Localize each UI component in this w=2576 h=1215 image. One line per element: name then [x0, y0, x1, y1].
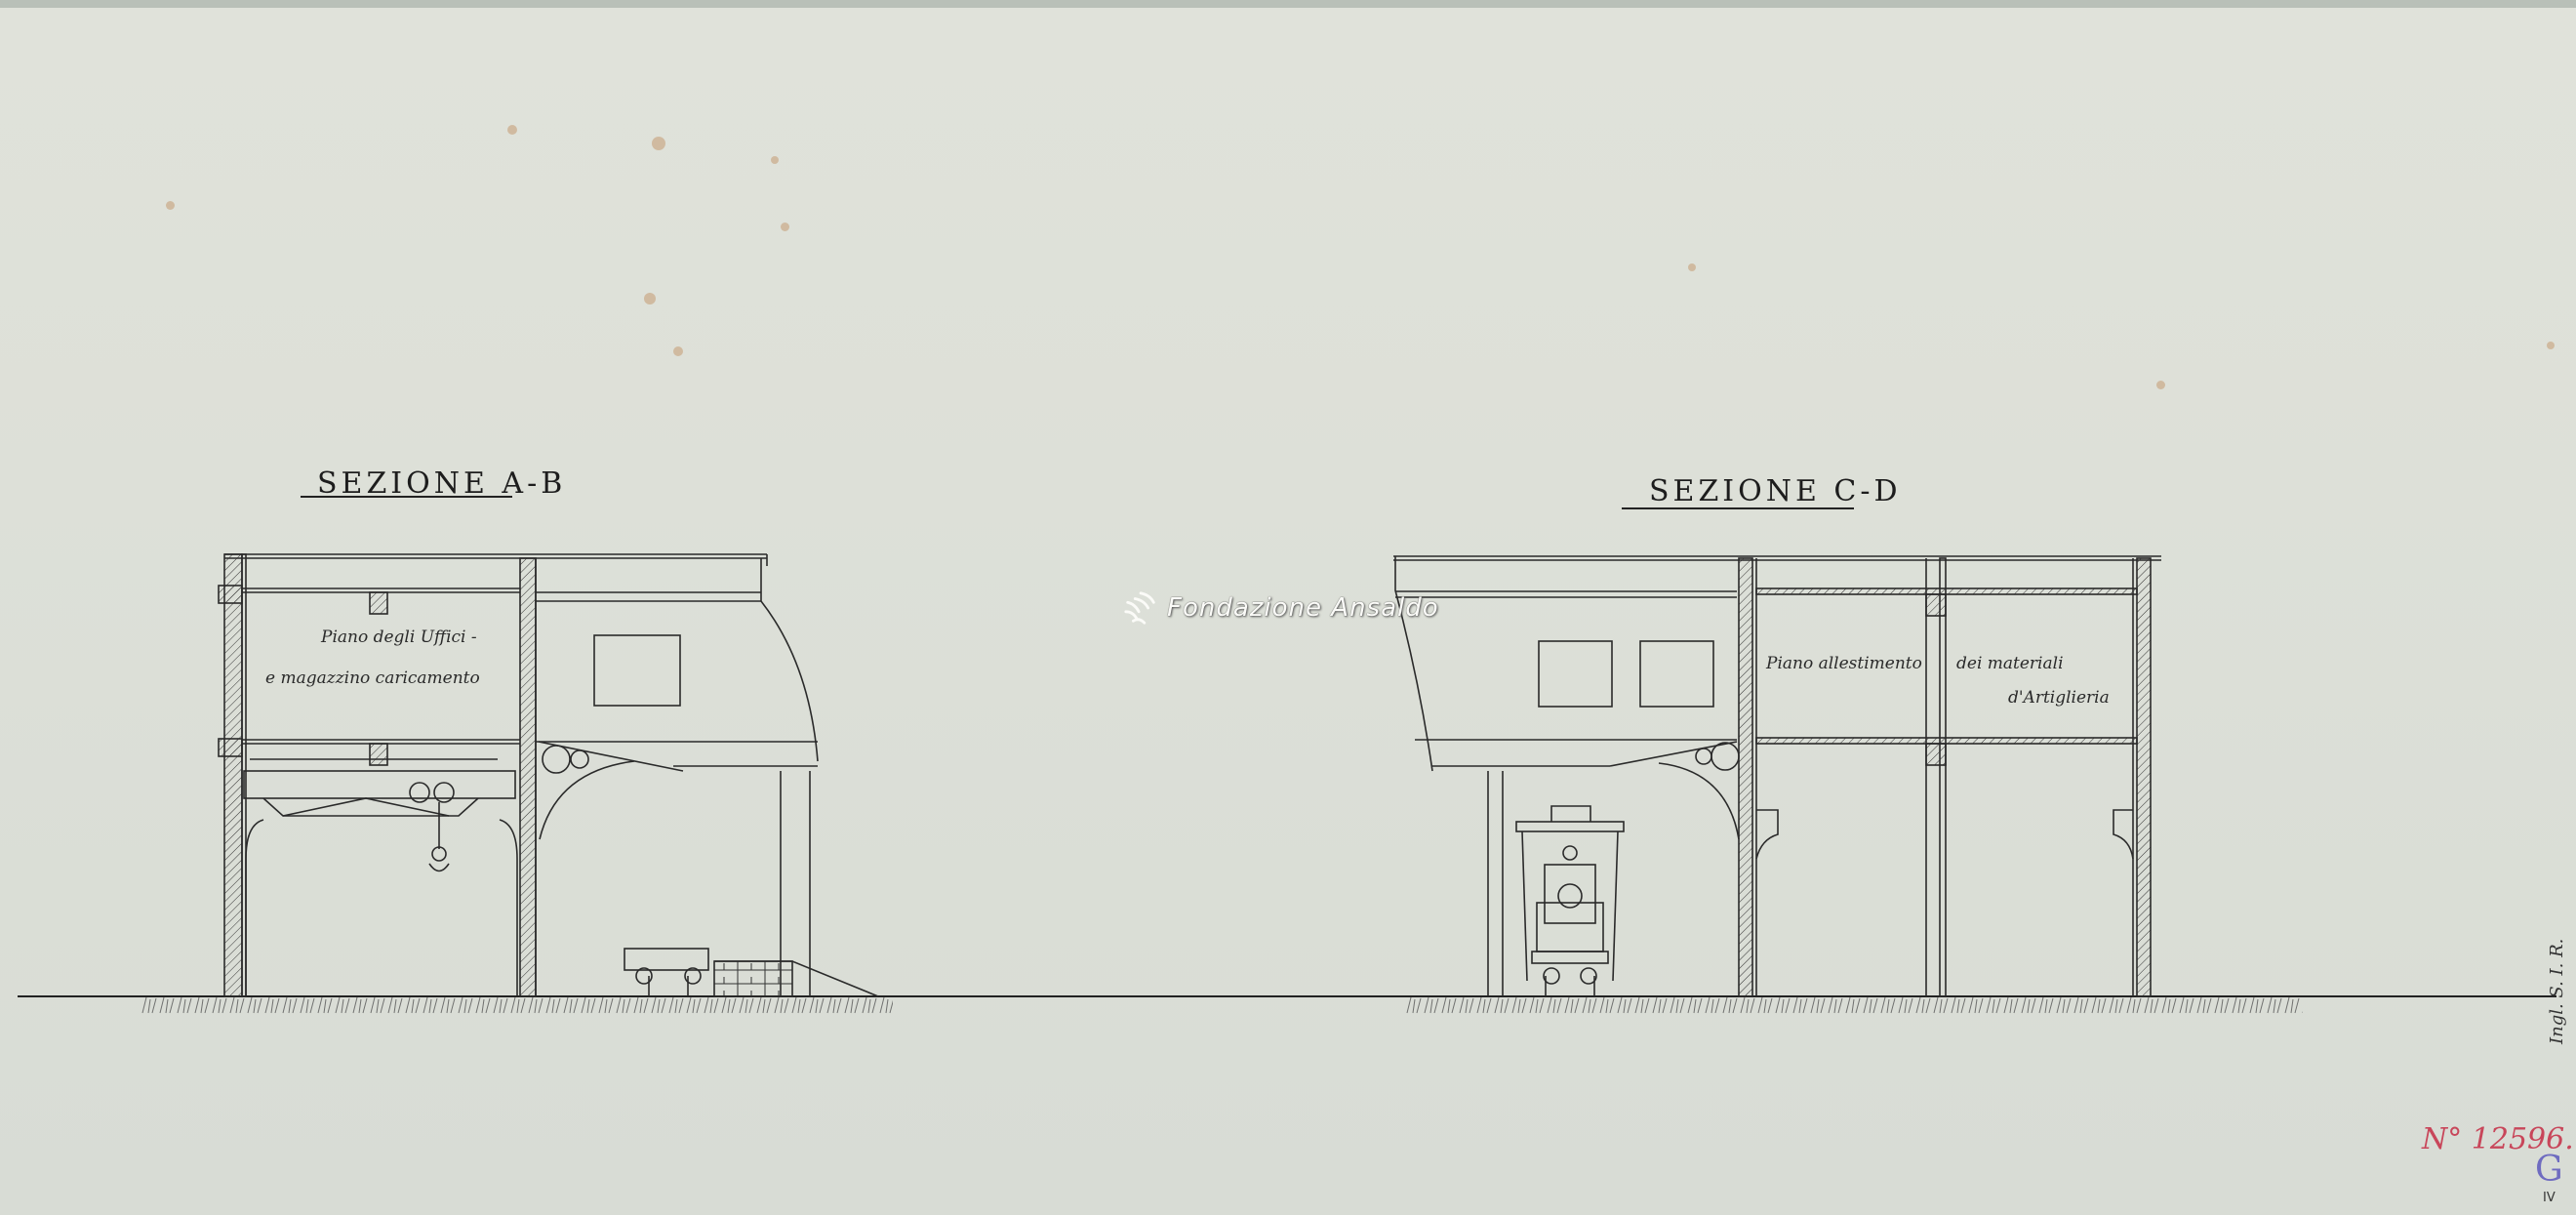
label-piano-uffici: Piano degli Uffici - [321, 628, 477, 647]
label-piano-allestimento: Piano allestimento [1766, 654, 1922, 673]
stamp-letter: G [2535, 1150, 2563, 1190]
watermark-text: Fondazione Ansaldo [1167, 593, 1439, 623]
stamp-sub: IV [2543, 1191, 2556, 1205]
ansaldo-logo-icon [1122, 589, 1159, 627]
drawing-sheet: SEZIONE A-B SEZIONE C-D [0, 0, 2576, 1215]
label-dei-materiali: dei materiali [1956, 654, 2064, 673]
section-ab-drawing [219, 554, 878, 996]
section-cd-drawing [1393, 556, 2161, 996]
signature: Ingl. S. I. R. [2547, 939, 2567, 1044]
label-artiglieria: d'Artiglieria [2008, 688, 2110, 708]
label-magazzino-caricamento: e magazzino caricamento [265, 668, 480, 688]
watermark: Fondazione Ansaldo [1122, 589, 1439, 627]
